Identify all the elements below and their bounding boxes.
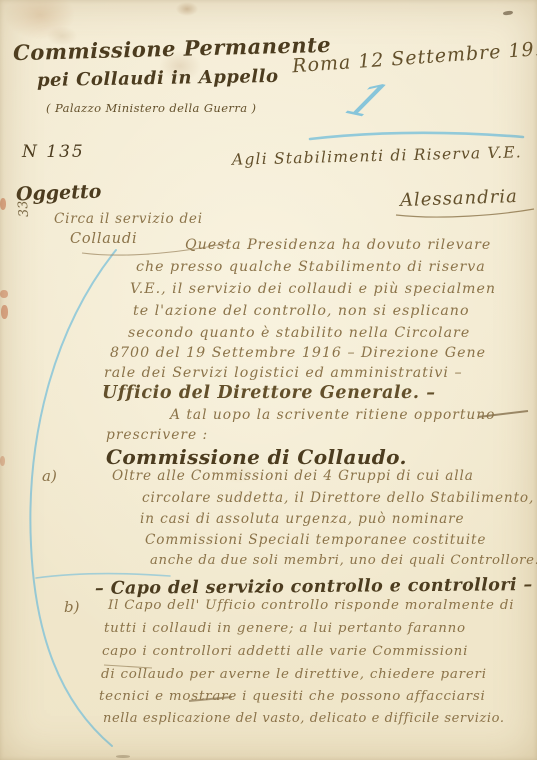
body-line: Questa Presidenza ha dovuto rilevare <box>185 238 491 253</box>
section-b-line: tecnici e mostrare i quesiti che possono… <box>99 690 486 704</box>
section-a-line: circolare suddetta, il Direttore dello S… <box>142 491 534 505</box>
section-b-heading: – Capo del servizio controllo e controll… <box>95 576 533 598</box>
section-a-heading: Commissione di Collaudo. <box>106 447 407 468</box>
letterhead-line3: ( Palazzo Ministero della Guerra ) <box>46 102 256 114</box>
recipient-city: Alessandria <box>400 188 518 211</box>
section-a-line: Commissioni Speciali temporanee costitui… <box>145 533 486 547</box>
section-b-line: di collaudo per averne le direttive, chi… <box>101 668 487 682</box>
subject-line2: Collaudi <box>70 232 137 247</box>
section-a-marker: a) <box>42 469 57 485</box>
paper-speck <box>116 755 130 758</box>
recipient-line: Agli Stabilimenti di Riserva V.E. <box>232 144 522 168</box>
section-b-line: capo i controllori addetti alle varie Co… <box>102 645 468 659</box>
letterhead-line1: Commissione Permanente <box>13 34 332 64</box>
letterhead-line2: pei Collaudi in Appello <box>37 68 279 91</box>
body-line: 8700 del 19 Settembre 1916 – Direzione G… <box>110 346 486 361</box>
blue-underline <box>310 133 523 139</box>
subject-line1: Circa il servizio dei <box>54 212 203 226</box>
section-b-marker: b) <box>64 600 79 616</box>
edge-stain <box>0 456 5 466</box>
body-line: rale dei Servizi logistici ed amministra… <box>104 366 463 381</box>
filing-number: 33 <box>17 200 32 218</box>
section-b-line: Il Capo dell' Ufficio controllo risponde… <box>108 599 514 613</box>
closing-line2: prescrivere : <box>106 428 208 442</box>
edge-stain <box>0 290 8 298</box>
body-line: secondo quanto è stabilito nella Circola… <box>128 326 470 341</box>
office-line: Ufficio del Direttore Generale. – <box>102 384 436 402</box>
closing-line1: A tal uopo la scrivente ritiene opportun… <box>170 408 495 422</box>
edge-stain <box>0 198 6 210</box>
body-line: che presso qualche Stabilimento di riser… <box>136 260 486 275</box>
paper-speck <box>503 10 513 15</box>
protocol-number: N 135 <box>22 144 85 162</box>
section-b-line: nella esplicazione del vasto, delicato e… <box>103 712 505 726</box>
section-a-line: anche da due soli membri, uno dei quali … <box>150 554 537 568</box>
body-line: V.E., il servizio dei collaudi e più spe… <box>130 282 496 297</box>
body-line: te l'azione del controllo, non si esplic… <box>133 304 469 319</box>
edge-stain <box>1 305 8 319</box>
blue-insert-line <box>36 574 170 578</box>
document-scan: 1 Commissione Permanente pei Collaudi in… <box>0 0 537 760</box>
section-b-line: tutti i collaudi in genere; a lui pertan… <box>104 622 466 636</box>
blue-page-number: 1 <box>336 76 398 127</box>
section-a-line: in casi di assoluta urgenza, può nominar… <box>140 512 465 526</box>
section-a-line: Oltre alle Commissioni dei 4 Gruppi di c… <box>112 469 474 483</box>
